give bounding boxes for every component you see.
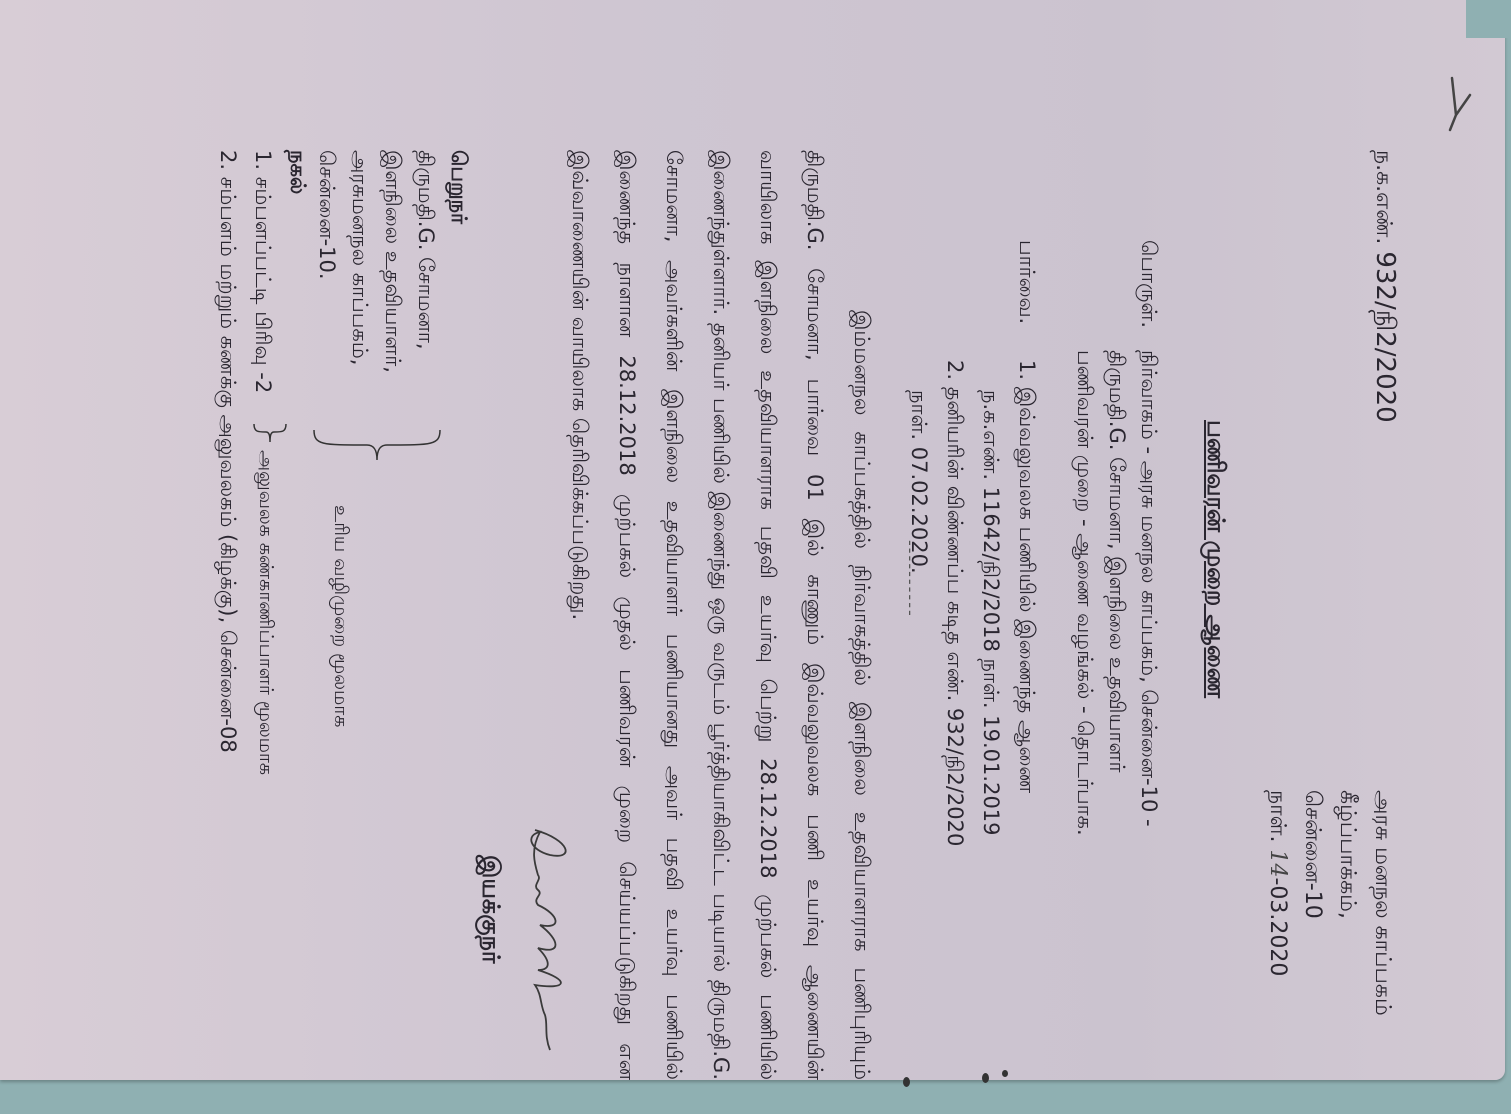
subject-line-3: பணிவரன் முறை - ஆணை வழங்கல் - தொடர்பாக.: [1069, 240, 1101, 836]
office-line-2: கீழ்ப்பாக்கம்,: [1330, 790, 1365, 1016]
copy-2-text: சம்பளம் மற்றும் கணக்கு அலுவலகம் (கிழக்கு…: [216, 177, 240, 753]
recipient-brace-icon: [312, 425, 442, 465]
signature-scribble-icon: [510, 820, 580, 1060]
order-body-paragraph: இம்மனநல காப்பகத்தில் நிர்வாகத்தில் இளநில…: [556, 150, 885, 1080]
signatory-title: இயக்குநர்: [474, 855, 505, 963]
office-line-3: சென்னை-10: [1295, 790, 1330, 1016]
document-title: பணிவரன் முறை ஆணை: [1199, 420, 1230, 698]
background-strip: [1466, 0, 1511, 38]
reference-2-num: 2.: [943, 360, 967, 380]
signature: [504, 820, 580, 1060]
recipient-via-note: உரிய வழிமுறை மூலமாக: [327, 505, 352, 727]
copy-heading: நகல்: [280, 150, 315, 753]
subject-line-1: நிர்வாகம் - அரசு மனநல காப்பகம், சென்னை-1…: [1137, 350, 1161, 827]
copy-1-text: சம்பளப்பட்டி பிரிவு -2: [251, 177, 275, 393]
recipient-line-1: திருமதி.G. சோமனா,: [409, 150, 442, 373]
copy-2-num: 2.: [216, 150, 240, 170]
subject-line-2: திருமதி.G. சோமனா, இளநிலை உதவியாளர்: [1101, 240, 1133, 836]
office-address: அரசு மனநல காப்பகம் கீழ்ப்பாக்கம், சென்னை…: [1260, 790, 1400, 1016]
references-label: பார்வை.: [1009, 240, 1045, 360]
recipient-heading: பெறுநர்: [442, 150, 475, 373]
reference-1-line-2: ந.க.எண். 11642/நி2/2018 நாள். 19.01.2019: [973, 240, 1009, 846]
copy-1-num: 1.: [251, 150, 275, 170]
reference-number: ந.க.எண். 932/நி2/2020: [1367, 150, 1400, 423]
reference-value: 932/நி2/2020: [1370, 251, 1400, 422]
date-day-handwritten: 14: [1265, 849, 1290, 877]
handwritten-tick-icon: [1440, 70, 1480, 140]
subject-label: பொருள்.: [1133, 240, 1165, 350]
reference-1-line-1: இவ்வலுவலக பணியில் இணைந்த ஆணை: [1015, 387, 1039, 793]
date-label: நாள்.: [1265, 790, 1290, 842]
separator-line: ----------: [901, 540, 920, 618]
document-body: ந.க.எண். 932/நி2/2020 அரசு மனநல காப்பகம்…: [100, 120, 1400, 1114]
copy-via-note: அலுவலக கண்காணிப்பாளர் மூலமாக: [252, 450, 277, 775]
reference-2-line-1: தனியரின் விண்ணப்ப கடித எண். 932/நி2/2020: [943, 387, 967, 847]
reference-label: ந.க.எண்.: [1371, 150, 1396, 244]
subject-block: பொருள்.நிர்வாகம் - அரசு மனநல காப்பகம், ச…: [1069, 240, 1165, 836]
date-rest: -03.2020: [1265, 877, 1290, 976]
recipient-line-3: அரசுமனநல காப்பகம்,: [343, 150, 376, 373]
references-block: பார்வை.1. இவ்வலுவலக பணியில் இணைந்த ஆணை ந…: [901, 240, 1045, 846]
office-date: நாள். 14-03.2020: [1260, 790, 1295, 1016]
recipient-block: பெறுநர் திருமதி.G. சோமனா, இளநிலை உதவியாள…: [310, 150, 475, 373]
copy-brace-icon: [250, 420, 290, 450]
reference-1-num: 1.: [1015, 360, 1039, 380]
office-line-1: அரசு மனநல காப்பகம்: [1365, 790, 1400, 1016]
recipient-line-2: இளநிலை உதவியாளர்,: [376, 150, 409, 373]
